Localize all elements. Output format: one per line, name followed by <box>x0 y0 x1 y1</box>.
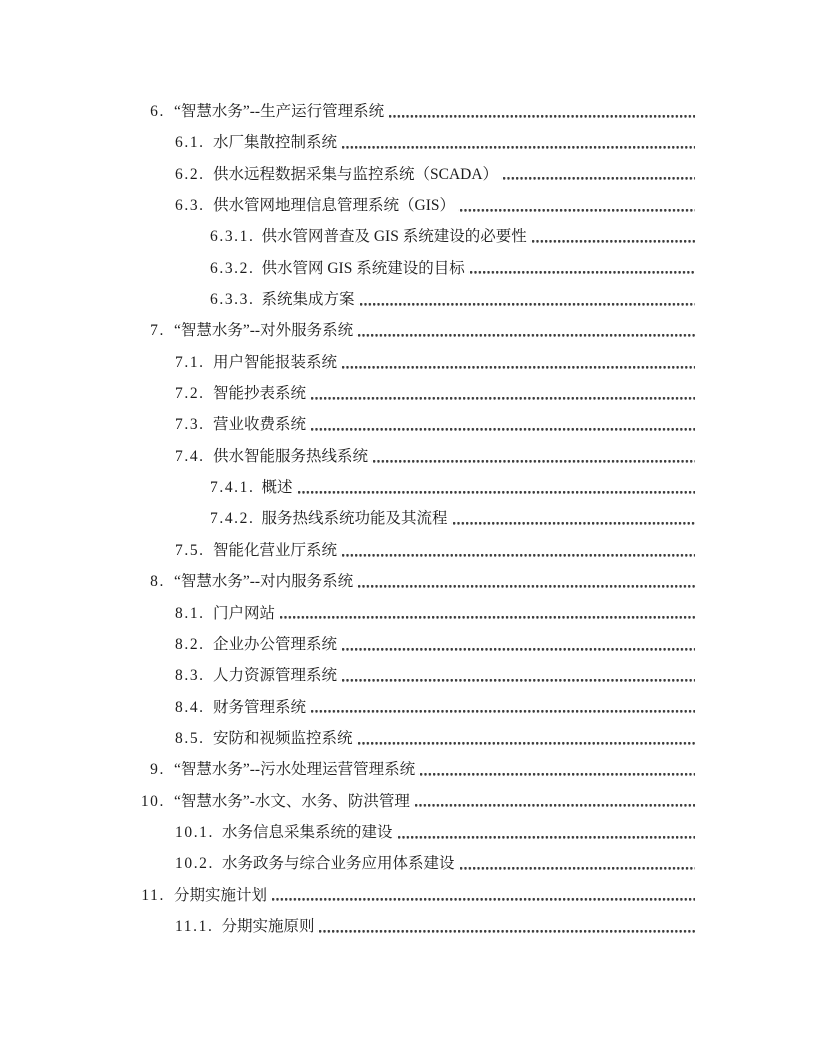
toc-entry: 8.2. 企业办公管理系统 <box>0 629 695 660</box>
toc-entry-number: 7.1. <box>175 347 205 378</box>
document-page: 6. “智慧水务”--生产运行管理系统 6.1. 水厂集散控制系统 6.2. 供… <box>0 0 816 1056</box>
dot-leader <box>340 127 695 158</box>
toc-entry: 8.3. 人力资源管理系统 <box>0 660 695 691</box>
dot-leader <box>356 315 695 346</box>
toc-entry-number: 7.5. <box>175 535 205 566</box>
toc-entry: 7.2. 智能抄表系统 <box>0 378 695 409</box>
toc-entry: 6.3.2. 供水管网 GIS 系统建设的目标 <box>0 253 695 284</box>
toc-entry: 7.4. 供水智能服务热线系统 <box>0 441 695 472</box>
toc-entry-number: 7.4. <box>175 441 205 472</box>
toc-entry-title: 水务信息采集系统的建设 <box>222 817 393 848</box>
toc-entry-number: 6.3.2. <box>210 253 254 284</box>
toc-entry: 6.3. 供水管网地理信息管理系统（GIS） <box>0 190 695 221</box>
dot-leader <box>340 347 695 378</box>
toc-entry-number: 8.2. <box>175 629 205 660</box>
toc-entry-number: 7.4.1. <box>210 472 254 503</box>
toc-entry-number: 7. <box>128 315 165 346</box>
toc-entry: 7.1. 用户智能报装系统 <box>0 347 695 378</box>
toc-entry-title: 供水管网普查及 GIS 系统建设的必要性 <box>261 221 526 252</box>
toc-entry-title: 用户智能报装系统 <box>213 347 337 378</box>
toc-entry-title: 智能化营业厅系统 <box>213 535 337 566</box>
toc-entry-title: 财务管理系统 <box>213 692 306 723</box>
toc-entry: 11.1. 分期实施原则 <box>0 911 695 942</box>
toc-entry: 7.5. 智能化营业厅系统 <box>0 535 695 566</box>
toc-entry-title: “智慧水务”--对内服务系统 <box>174 566 353 597</box>
toc-entry-number: 8.5. <box>175 723 205 754</box>
dot-leader <box>309 409 695 440</box>
toc-entry-title: “智慧水务”--生产运行管理系统 <box>174 96 384 127</box>
toc-entry: 6. “智慧水务”--生产运行管理系统 <box>0 96 695 127</box>
dot-leader <box>340 660 695 691</box>
toc-entry: 11. 分期实施计划 <box>0 880 695 911</box>
toc-entry-title: 系统集成方案 <box>261 284 354 315</box>
toc-entry: 8.5. 安防和视频监控系统 <box>0 723 695 754</box>
toc-entry: 8.4. 财务管理系统 <box>0 692 695 723</box>
toc-entry: 6.3.1. 供水管网普查及 GIS 系统建设的必要性 <box>0 221 695 252</box>
toc-entry-title: “智慧水务”--对外服务系统 <box>174 315 353 346</box>
toc-entry-title: 分期实施原则 <box>221 911 314 942</box>
toc-entry-title: 智能抄表系统 <box>213 378 306 409</box>
dot-leader <box>270 880 695 911</box>
toc-entry: 7.3. 营业收费系统 <box>0 409 695 440</box>
dot-leader <box>413 786 695 817</box>
toc-entry-title: 服务热线系统功能及其流程 <box>261 503 447 534</box>
toc-entry-title: 门户网站 <box>213 598 275 629</box>
table-of-contents: 6. “智慧水务”--生产运行管理系统 6.1. 水厂集散控制系统 6.2. 供… <box>0 96 695 942</box>
toc-entry-number: 11. <box>128 880 165 911</box>
toc-entry: 10.2. 水务政务与综合业务应用体系建设 <box>0 848 695 879</box>
toc-entry-number: 7.2. <box>175 378 205 409</box>
toc-entry-number: 8. <box>128 566 165 597</box>
toc-entry-number: 7.3. <box>175 409 205 440</box>
dot-leader <box>458 190 695 221</box>
dot-leader <box>530 221 695 252</box>
toc-entry: 9. “智慧水务”--污水处理运营管理系统 <box>0 754 695 785</box>
dot-leader <box>396 817 695 848</box>
toc-entry-number: 8.1. <box>175 598 205 629</box>
toc-entry: 7.4.2. 服务热线系统功能及其流程 <box>0 503 695 534</box>
toc-entry-number: 7.4.2. <box>210 503 254 534</box>
dot-leader <box>340 629 695 660</box>
toc-entry-title: 水务政务与综合业务应用体系建设 <box>222 848 455 879</box>
toc-entry-title: “智慧水务”-水文、水务、防洪管理 <box>174 786 410 817</box>
toc-entry-number: 6.3. <box>175 190 205 221</box>
toc-entry: 8. “智慧水务”--对内服务系统 <box>0 566 695 597</box>
dot-leader <box>501 159 695 190</box>
toc-entry-title: 供水管网地理信息管理系统（GIS） <box>213 190 455 221</box>
toc-entry-number: 8.4. <box>175 692 205 723</box>
toc-entry-number: 6. <box>128 96 165 127</box>
toc-entry: 10.1. 水务信息采集系统的建设 <box>0 817 695 848</box>
toc-entry: 7. “智慧水务”--对外服务系统 <box>0 315 695 346</box>
dot-leader <box>278 598 695 629</box>
toc-entry-number: 8.3. <box>175 660 205 691</box>
dot-leader <box>340 535 695 566</box>
toc-entry-number: 10. <box>128 786 165 817</box>
dot-leader <box>356 566 695 597</box>
toc-entry-title: 供水管网 GIS 系统建设的目标 <box>261 253 464 284</box>
toc-entry-number: 6.1. <box>175 127 205 158</box>
toc-entry-title: 安防和视频监控系统 <box>213 723 353 754</box>
toc-entry: 6.1. 水厂集散控制系统 <box>0 127 695 158</box>
dot-leader <box>458 848 695 879</box>
toc-entry-title: 企业办公管理系统 <box>213 629 337 660</box>
dot-leader <box>309 378 695 409</box>
dot-leader <box>418 754 695 785</box>
toc-entry: 6.2. 供水远程数据采集与监控系统（SCADA） <box>0 159 695 190</box>
toc-entry: 6.3.3. 系统集成方案 <box>0 284 695 315</box>
dot-leader <box>371 441 695 472</box>
toc-entry-title: 水厂集散控制系统 <box>213 127 337 158</box>
toc-entry-number: 10.1. <box>175 817 214 848</box>
toc-entry-title: 营业收费系统 <box>213 409 306 440</box>
toc-entry: 8.1. 门户网站 <box>0 598 695 629</box>
toc-entry-title: 供水智能服务热线系统 <box>213 441 368 472</box>
dot-leader <box>309 692 695 723</box>
toc-entry-title: 分期实施计划 <box>174 880 267 911</box>
toc-entry-number: 10.2. <box>175 848 214 879</box>
dot-leader <box>296 472 696 503</box>
dot-leader <box>468 253 695 284</box>
toc-entry-title: 供水远程数据采集与监控系统（SCADA） <box>213 159 498 190</box>
toc-entry-number: 11.1. <box>175 911 213 942</box>
toc-entry-title: 人力资源管理系统 <box>213 660 337 691</box>
toc-entry-number: 6.3.1. <box>210 221 254 252</box>
toc-entry-number: 6.2. <box>175 159 205 190</box>
toc-entry-title: “智慧水务”--污水处理运营管理系统 <box>174 754 415 785</box>
toc-entry-number: 6.3.3. <box>210 284 254 315</box>
toc-entry-number: 9. <box>128 754 165 785</box>
toc-entry-title: 概述 <box>261 472 292 503</box>
dot-leader <box>358 284 696 315</box>
dot-leader <box>317 911 695 942</box>
dot-leader <box>451 503 696 534</box>
toc-entry: 10. “智慧水务”-水文、水务、防洪管理 <box>0 786 695 817</box>
dot-leader <box>356 723 695 754</box>
toc-entry: 7.4.1. 概述 <box>0 472 695 503</box>
dot-leader <box>387 96 695 127</box>
